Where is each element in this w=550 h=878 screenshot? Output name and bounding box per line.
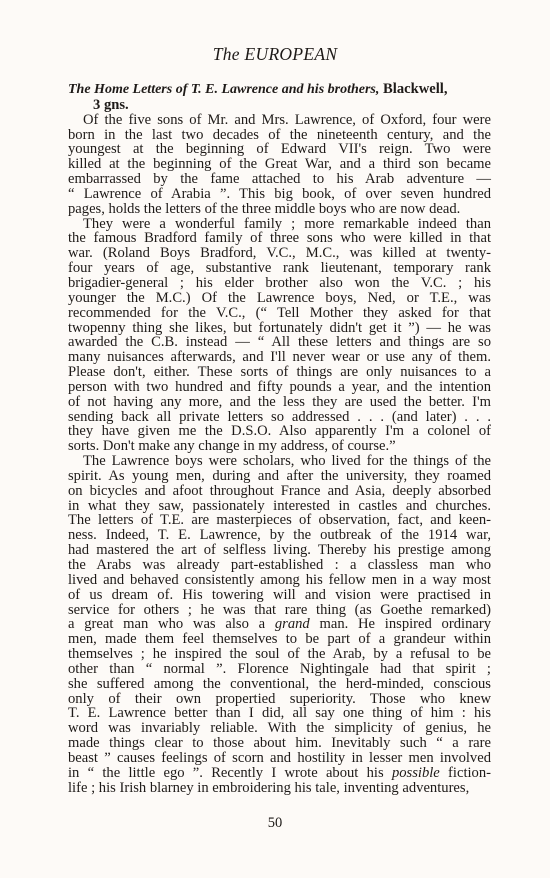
book-page: The EUROPEAN The Home Letters of T. E. L… [0, 0, 550, 878]
book-price: 3 gns. [68, 98, 491, 113]
text-line: beast ” causes feelings of scorn and hos… [68, 751, 491, 766]
text-line: had mastered the art of selfless living.… [68, 543, 491, 558]
text-line: twopenny thing she likes, but fortunatel… [68, 321, 491, 336]
text-line: spirit. As young men, during and after t… [68, 469, 491, 484]
text-line: men, made them feel themselves to be par… [68, 632, 491, 647]
text-line: made things clear to those about him. In… [68, 736, 491, 751]
text-line: sorts. Don't make any change in my addre… [68, 439, 491, 454]
paragraph: The Lawrence boys were scholars, who liv… [68, 454, 491, 795]
text-line: T. E. Lawrence better than I did, all sa… [68, 706, 491, 721]
page-number: 50 [0, 815, 550, 832]
text-line: killed at the beginning of the Great War… [68, 157, 491, 172]
text-line: she suffered among the conventional, the… [68, 677, 491, 692]
text-line: born in the last two decades of the nine… [68, 128, 491, 143]
text-line: brigadier-general ; his elder brother al… [68, 276, 491, 291]
page-body: The Home Letters of T. E. Lawrence and h… [68, 82, 491, 796]
text-line: awarded the C.B. instead — “ All these l… [68, 335, 491, 350]
review-text: Of the five sons of Mr. and Mrs. Lawrenc… [68, 113, 491, 796]
text-line: themselves ; he inspired the soul of the… [68, 647, 491, 662]
text-line: they have given me the D.S.O. Also appar… [68, 424, 491, 439]
text-line: lived and behaved consistently among his… [68, 573, 491, 588]
text-line: Of the five sons of Mr. and Mrs. Lawrenc… [68, 113, 491, 128]
text-line: word was invariably reliable. With the s… [68, 721, 491, 736]
paragraph: Of the five sons of Mr. and Mrs. Lawrenc… [68, 113, 491, 217]
text-line: a great man who was also a grand man. He… [68, 617, 491, 632]
text-line: sending back all private letters so addr… [68, 410, 491, 425]
text-line: pages, holds the letters of the three mi… [68, 202, 491, 217]
book-title: The Home Letters of T. E. Lawrence and h… [68, 82, 379, 97]
text-line: of not having any more, and the less the… [68, 395, 491, 410]
text-line: four years of age, substantive rank lieu… [68, 261, 491, 276]
text-line: The Lawrence boys were scholars, who liv… [68, 454, 491, 469]
paragraph: They were a wonderful family ; more rema… [68, 217, 491, 455]
text-line: youngest at the beginning of Edward VII'… [68, 142, 491, 157]
text-line: only of their own propertied superiority… [68, 692, 491, 707]
text-line: younger the M.C.) Of the Lawrence boys, … [68, 291, 491, 306]
text-line: many nuisances afterwards, and I'll neve… [68, 350, 491, 365]
text-line: service for others ; he was that rare th… [68, 603, 491, 618]
text-line: person with two hundred and fifty pounds… [68, 380, 491, 395]
text-line: “ Lawrence of Arabia ”. This big book, o… [68, 187, 491, 202]
review-heading: The Home Letters of T. E. Lawrence and h… [68, 82, 491, 113]
text-line: in “ the little ego ”. Recently I wrote … [68, 766, 491, 781]
text-line: ness. Indeed, T. E. Lawrence, by the out… [68, 528, 491, 543]
text-line: the Arabs was already part-established :… [68, 558, 491, 573]
text-line: war. (Roland Boys Bradford, V.C., M.C., … [68, 246, 491, 261]
text-line: of us dream of. His towering will and vi… [68, 588, 491, 603]
text-line: embarrassed by the fame attached to his … [68, 172, 491, 187]
book-publisher: Blackwell, [383, 81, 447, 97]
text-line: the famous Bradford family of three sons… [68, 231, 491, 246]
text-line: other than “ normal ”. Florence Nighting… [68, 662, 491, 677]
text-line: life ; his Irish blarney in embroidering… [68, 781, 491, 796]
text-line: The letters of T.E. are masterpieces of … [68, 513, 491, 528]
text-line: on bicycles and afoot throughout France … [68, 484, 491, 499]
text-line: Please don't, either. These sorts of thi… [68, 365, 491, 380]
text-line: in what they saw, passionately intereste… [68, 499, 491, 514]
text-line: They were a wonderful family ; more rema… [68, 217, 491, 232]
text-line: recommended for the V.C., (“ Tell Mother… [68, 306, 491, 321]
running-head: The EUROPEAN [0, 44, 550, 65]
